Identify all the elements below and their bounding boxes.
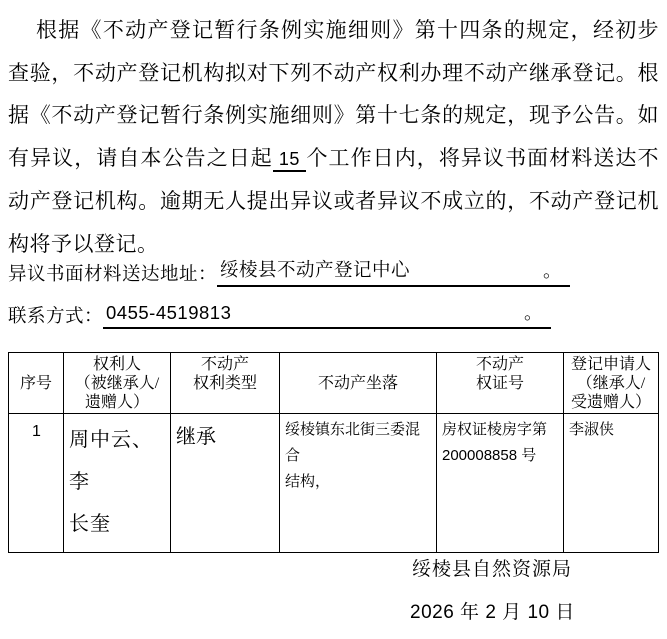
paragraph-text: 查验，不动产登记机构拟对下列不动产权利办理不动产继承登记。根 (8, 61, 659, 85)
contact-label: 联系方式： (8, 307, 103, 327)
contact-line: 联系方式：0455-4519813。 (8, 301, 551, 329)
paragraph-line: 据《不动产登记暂行条例实施细则》第十七条的规定，现予公告。如 (8, 94, 659, 137)
address-value: 绥棱县不动产登记中心 (220, 261, 410, 281)
paragraph-text: 构将予以登记。 (8, 232, 159, 256)
address-period: 。 (543, 260, 562, 284)
table-cell: 李淑侠 (564, 414, 659, 553)
address-underline-field: 绥棱县不动产登记中心。 (217, 259, 570, 287)
contact-underline-field: 0455-4519813。 (103, 301, 551, 329)
table-row: 1周中云、李 长奎继承绥棱镇东北街三委混合 结构，房权证棱房字第 2000088… (9, 414, 659, 553)
header-cell: 不动产 权证号 (437, 353, 564, 414)
notice-body: 根据《不动产登记暂行条例实施细则》第十四条的规定，经初步查验，不动产登记机构拟对… (8, 9, 659, 265)
header-cell: 登记申请人 （继承人/ 受遗赠人） (564, 353, 659, 414)
notice-date: 2026 年 2 月 10 日 (410, 597, 575, 624)
address-label: 异议书面材料送达地址： (8, 265, 217, 285)
paragraph-line: 动产登记机构。逾期无人提出异议或者异议不成立的，不动产登记机 (8, 180, 659, 223)
paragraph-text: 据《不动产登记暂行条例实施细则》第十七条的规定，现予公告。如 (8, 103, 659, 127)
contact-value: 0455-4519813 (106, 302, 231, 323)
table-header-row: 序号权利人 （被继承人/ 遗赠人）不动产 权利类型不动产坐落不动产 权证号登记申… (9, 353, 659, 414)
paragraph-text: 动产登记机构。逾期无人提出异议或者异议不成立的，不动产登记机 (8, 189, 659, 213)
paragraph-text: 根据《不动产登记暂行条例实施细则》第十四条的规定，经初步 (36, 18, 659, 42)
header-cell: 不动产 权利类型 (171, 353, 280, 414)
paragraph-text: 有异议，请自本公告之日起 (8, 146, 273, 170)
contact-period: 。 (524, 302, 543, 326)
table-cell: 1 (9, 414, 64, 553)
table-cell: 房权证棱房字第 200008858 号 (437, 414, 564, 553)
table-cell: 绥棱镇东北街三委混合 结构， (280, 414, 437, 553)
paragraph-line: 查验，不动产登记机构拟对下列不动产权利办理不动产继承登记。根 (8, 52, 659, 95)
paragraph-line: 根据《不动产登记暂行条例实施细则》第十四条的规定，经初步 (8, 9, 659, 52)
issuing-authority: 绥棱县自然资源局 (412, 554, 572, 581)
table-cell: 周中云、李 长奎 (64, 414, 171, 553)
paragraph-text: 个工作日内，将异议书面材料送达不 (306, 146, 659, 170)
working-days-value: 15 (273, 149, 306, 172)
header-cell: 权利人 （被继承人/ 遗赠人） (64, 353, 171, 414)
header-cell: 序号 (9, 353, 64, 414)
notice-document: { "page": { "background_color": "#ffffff… (0, 0, 667, 639)
notice-table: 序号权利人 （被继承人/ 遗赠人）不动产 权利类型不动产坐落不动产 权证号登记申… (8, 352, 659, 553)
paragraph-line: 有异议，请自本公告之日起15个工作日内，将异议书面材料送达不 (8, 137, 659, 181)
header-cell: 不动产坐落 (280, 353, 437, 414)
table-cell: 继承 (171, 414, 280, 553)
address-line: 异议书面材料送达地址：绥棱县不动产登记中心。 (8, 259, 570, 287)
